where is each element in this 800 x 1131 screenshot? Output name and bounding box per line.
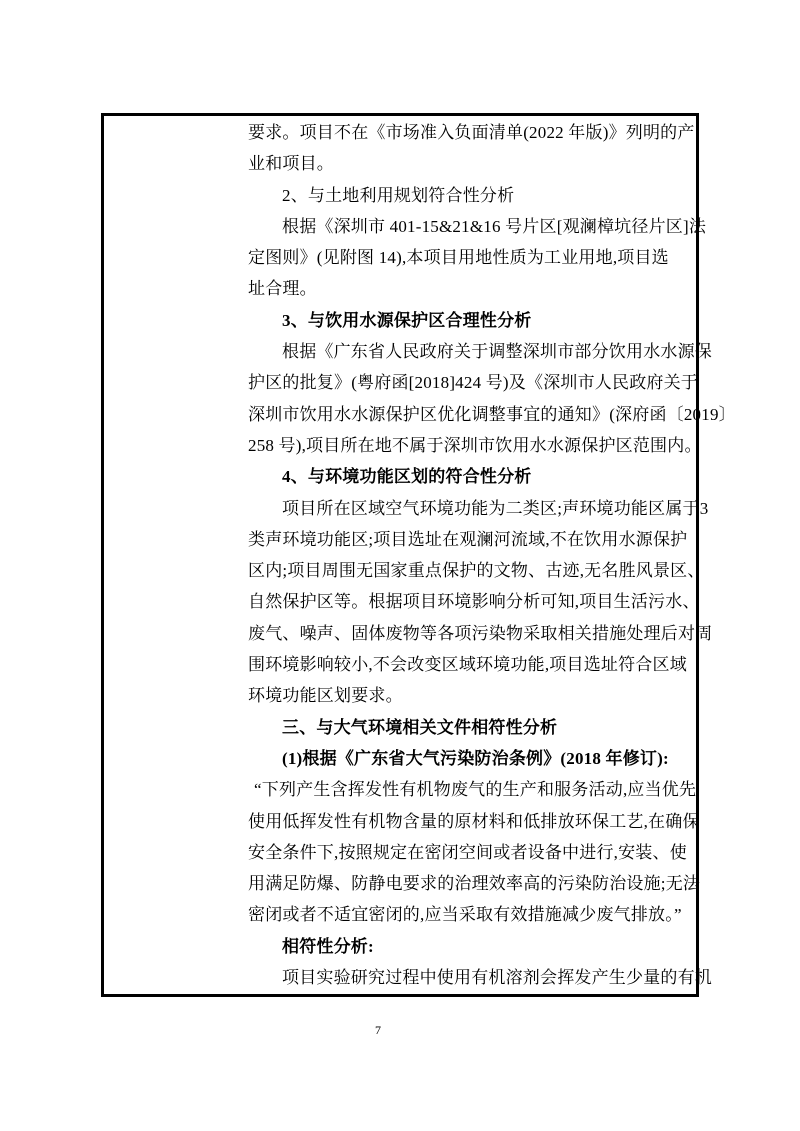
text-line: 区内;项目周围无国家重点保护的文物、古迹,无名胜风景区、 bbox=[248, 555, 698, 586]
text-line: 安全条件下,按照规定在密闭空间或者设备中进行,安装、使 bbox=[248, 837, 698, 868]
text-line: 使用低挥发性有机物含量的原材料和低排放环保工艺,在确保 bbox=[248, 806, 698, 837]
text-line: 自然保护区等。根据项目环境影响分析可知,项目生活污水、 bbox=[248, 586, 698, 617]
text-line: 3、与饮用水源保护区合理性分析 bbox=[248, 305, 698, 336]
text-line: 根据《深圳市 401-15&21&16 号片区[观澜樟坑径片区]法 bbox=[248, 211, 698, 242]
text-line: 用满足防爆、防静电要求的治理效率高的污染防治设施;无法 bbox=[248, 868, 698, 899]
text-line: 258 号),项目所在地不属于深圳市饮用水水源保护区范围内。 bbox=[248, 430, 698, 461]
text-line: 深圳市饮用水水源保护区优化调整事宜的通知》(深府函〔2019〕 bbox=[248, 399, 698, 430]
text-line: 废气、噪声、固体废物等各项污染物采取相关措施处理后对周 bbox=[248, 618, 698, 649]
text-line: 项目所在区域空气环境功能为二类区;声环境功能区属于3 bbox=[248, 493, 698, 524]
text-line: 4、与环境功能区划的符合性分析 bbox=[248, 461, 698, 492]
text-line: 类声环境功能区;项目选址在观澜河流域,不在饮用水源保护 bbox=[248, 524, 698, 555]
page-number: 7 bbox=[362, 1022, 394, 1038]
text-line: 围环境影响较小,不会改变区域环境功能,项目选址符合区域 bbox=[248, 649, 698, 680]
text-line: 2、与土地利用规划符合性分析 bbox=[248, 180, 698, 211]
document-text-area: 要求。项目不在《市场准入负面清单(2022 年版)》列明的产业和项目。2、与土地… bbox=[248, 117, 698, 995]
text-line: 址合理。 bbox=[248, 273, 698, 304]
document-page: 要求。项目不在《市场准入负面清单(2022 年版)》列明的产业和项目。2、与土地… bbox=[0, 0, 800, 1131]
text-line: 定图则》(见附图 14),本项目用地性质为工业用地,项目选 bbox=[248, 242, 698, 273]
text-line: 三、与大气环境相关文件相符性分析 bbox=[248, 712, 698, 743]
text-line: 根据《广东省人民政府关于调整深圳市部分饮用水水源保 bbox=[248, 336, 698, 367]
text-line: 项目实验研究过程中使用有机溶剂会挥发产生少量的有机 bbox=[248, 962, 698, 993]
text-line: “下列产生含挥发性有机物废气的生产和服务活动,应当优先 bbox=[248, 774, 698, 805]
text-line: 环境功能区划要求。 bbox=[248, 680, 698, 711]
text-line: 业和项目。 bbox=[248, 148, 698, 179]
text-line: 密闭或者不适宜密闭的,应当采取有效措施减少废气排放。” bbox=[248, 899, 698, 930]
text-line: 相符性分析: bbox=[248, 931, 698, 962]
text-line: 护区的批复》(粤府函[2018]424 号)及《深圳市人民政府关于 bbox=[248, 367, 698, 398]
document-table-border: 要求。项目不在《市场准入负面清单(2022 年版)》列明的产业和项目。2、与土地… bbox=[101, 113, 699, 997]
text-line: 要求。项目不在《市场准入负面清单(2022 年版)》列明的产 bbox=[248, 117, 698, 148]
text-line: (1)根据《广东省大气污染防治条例》(2018 年修订): bbox=[248, 743, 698, 774]
